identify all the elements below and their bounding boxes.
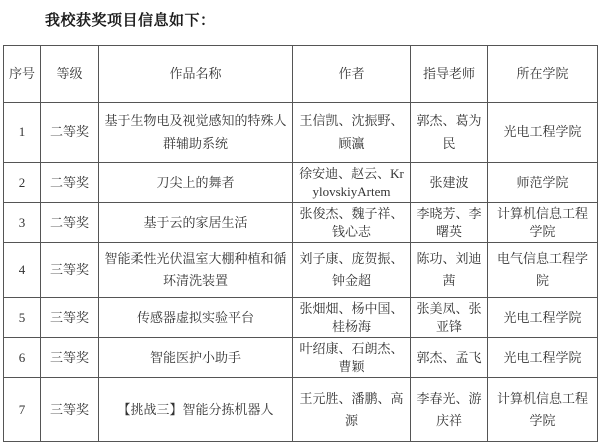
cell-work: 基于云的家居生活 — [99, 203, 293, 243]
cell-no: 2 — [4, 163, 41, 203]
header-no: 序号 — [4, 46, 41, 103]
header-row: 序号 等级 作品名称 作者 指导老师 所在学院 — [4, 46, 598, 103]
table-row: 7三等奖【挑战三】智能分拣机器人王元胜、潘鹏、高源李春光、游庆祥计算机信息工程学… — [4, 378, 598, 442]
cell-level: 二等奖 — [41, 163, 99, 203]
table-row: 2二等奖刀尖上的舞者徐安迪、赵云、KrylovskiyArtem张建波师范学院 — [4, 163, 598, 203]
header-college: 所在学院 — [488, 46, 598, 103]
cell-authors: 王元胜、潘鹏、高源 — [293, 378, 411, 442]
cell-level: 三等奖 — [41, 378, 99, 442]
awards-table: 序号 等级 作品名称 作者 指导老师 所在学院 1二等奖基于生物电及视觉感知的特… — [3, 45, 598, 442]
page-title: 我校获奖项目信息如下： — [0, 0, 599, 30]
cell-work: 智能医护小助手 — [99, 338, 293, 378]
cell-advisors: 张美凤、张亚锋 — [411, 298, 488, 338]
cell-authors: 徐安迪、赵云、KrylovskiyArtem — [293, 163, 411, 203]
cell-level: 三等奖 — [41, 243, 99, 298]
cell-college: 电气信息工程学院 — [488, 243, 598, 298]
cell-college: 光电工程学院 — [488, 298, 598, 338]
header-authors: 作者 — [293, 46, 411, 103]
cell-authors: 刘子康、庞贺振、钟金超 — [293, 243, 411, 298]
cell-authors: 张畑畑、杨中国、桂杨海 — [293, 298, 411, 338]
cell-authors: 王信凯、沈振野、顾瀛 — [293, 103, 411, 163]
table-row: 6三等奖智能医护小助手叶绍康、石朗杰、曹颖郭杰、孟飞光电工程学院 — [4, 338, 598, 378]
header-advisors: 指导老师 — [411, 46, 488, 103]
table-row: 4三等奖智能柔性光伏温室大棚种植和循环清洗装置刘子康、庞贺振、钟金超陈功、刘迪茜… — [4, 243, 598, 298]
cell-level: 三等奖 — [41, 298, 99, 338]
cell-college: 光电工程学院 — [488, 338, 598, 378]
cell-advisors: 郭杰、葛为民 — [411, 103, 488, 163]
cell-college: 计算机信息工程学院 — [488, 203, 598, 243]
table-body: 1二等奖基于生物电及视觉感知的特殊人群辅助系统王信凯、沈振野、顾瀛郭杰、葛为民光… — [4, 103, 598, 442]
header-level: 等级 — [41, 46, 99, 103]
cell-work: 刀尖上的舞者 — [99, 163, 293, 203]
table-row: 5三等奖传感器虚拟实验平台张畑畑、杨中国、桂杨海张美凤、张亚锋光电工程学院 — [4, 298, 598, 338]
cell-no: 6 — [4, 338, 41, 378]
cell-no: 7 — [4, 378, 41, 442]
cell-level: 二等奖 — [41, 103, 99, 163]
cell-work: 智能柔性光伏温室大棚种植和循环清洗装置 — [99, 243, 293, 298]
table-header: 序号 等级 作品名称 作者 指导老师 所在学院 — [4, 46, 598, 103]
cell-no: 4 — [4, 243, 41, 298]
cell-advisors: 李晓芳、李曙英 — [411, 203, 488, 243]
header-work: 作品名称 — [99, 46, 293, 103]
cell-no: 3 — [4, 203, 41, 243]
cell-level: 二等奖 — [41, 203, 99, 243]
cell-college: 光电工程学院 — [488, 103, 598, 163]
cell-advisors: 郭杰、孟飞 — [411, 338, 488, 378]
cell-no: 5 — [4, 298, 41, 338]
cell-advisors: 张建波 — [411, 163, 488, 203]
cell-work: 传感器虚拟实验平台 — [99, 298, 293, 338]
cell-work: 【挑战三】智能分拣机器人 — [99, 378, 293, 442]
cell-college: 计算机信息工程学院 — [488, 378, 598, 442]
cell-advisors: 李春光、游庆祥 — [411, 378, 488, 442]
cell-college: 师范学院 — [488, 163, 598, 203]
cell-no: 1 — [4, 103, 41, 163]
table-row: 1二等奖基于生物电及视觉感知的特殊人群辅助系统王信凯、沈振野、顾瀛郭杰、葛为民光… — [4, 103, 598, 163]
cell-work: 基于生物电及视觉感知的特殊人群辅助系统 — [99, 103, 293, 163]
cell-level: 三等奖 — [41, 338, 99, 378]
document-page: 我校获奖项目信息如下： 序号 等级 作品名称 作者 指导老师 所在学院 1二等奖… — [0, 0, 599, 446]
cell-authors: 张俊杰、魏子祥、钱心志 — [293, 203, 411, 243]
table-row: 3二等奖基于云的家居生活张俊杰、魏子祥、钱心志李晓芳、李曙英计算机信息工程学院 — [4, 203, 598, 243]
cell-authors: 叶绍康、石朗杰、曹颖 — [293, 338, 411, 378]
cell-advisors: 陈功、刘迪茜 — [411, 243, 488, 298]
